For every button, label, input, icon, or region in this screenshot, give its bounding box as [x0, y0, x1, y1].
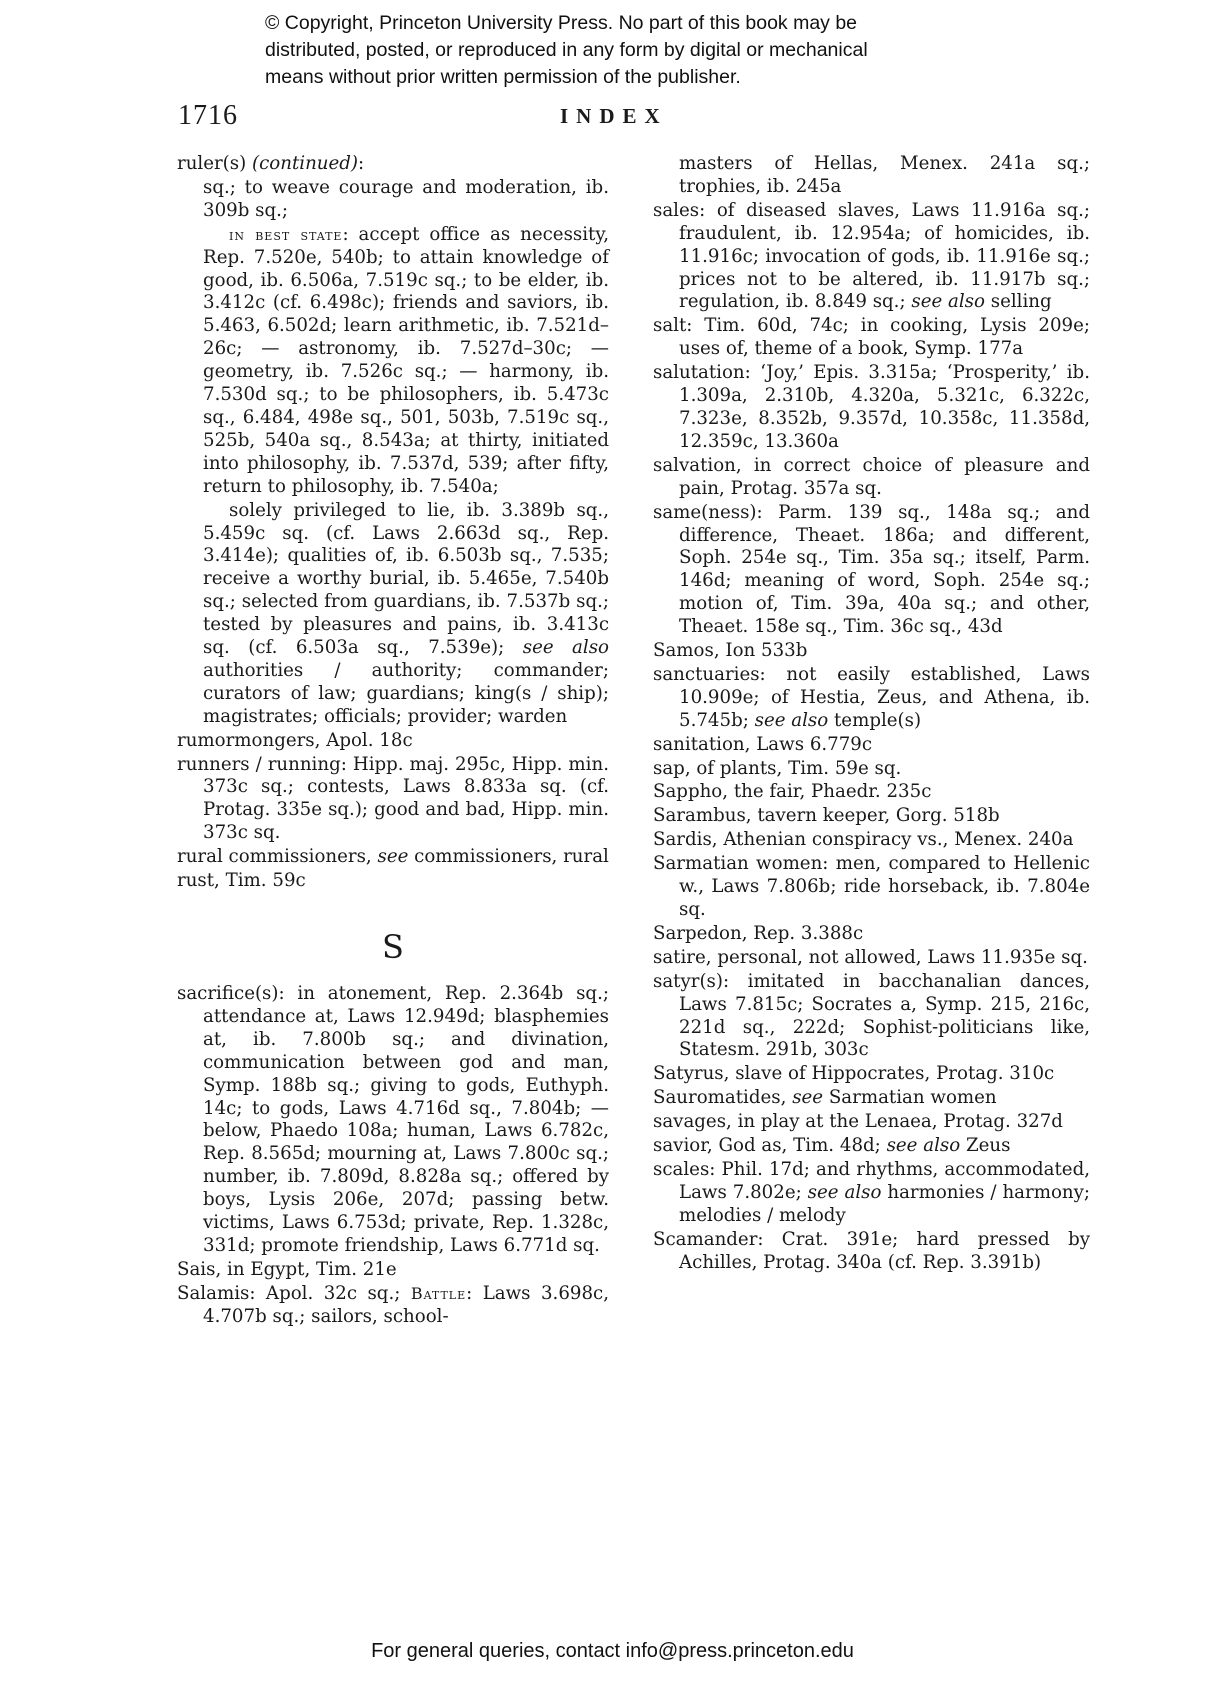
- see-label: see: [378, 846, 409, 867]
- index-entry: Sais, in Egypt, Tim. 21e: [177, 1259, 609, 1282]
- entry-text: Zeus: [960, 1135, 1010, 1156]
- index-entry: satire, personal, not allowed, Laws 11.9…: [653, 947, 1090, 970]
- index-subentry-solely: solely privileged to lie, ib. 3.389b sq.…: [177, 500, 609, 729]
- copyright-line: means without prior written permission o…: [265, 64, 985, 91]
- entry-text: savior, God as, Tim. 48d;: [653, 1135, 887, 1156]
- subentry-label: Battle: [411, 1284, 466, 1303]
- entry-text: rural commissioners,: [177, 846, 378, 867]
- entry-text: selling: [985, 291, 1052, 312]
- index-entry: satyr(s): imitated in bacchanalian dance…: [653, 971, 1090, 1063]
- index-entry: Sarmatian women: men, compared to Hellen…: [653, 853, 1090, 922]
- index-entry: Sappho, the fair, Phaedr. 235c: [653, 781, 1090, 804]
- entry-text: :: [358, 153, 364, 174]
- entry-text: temple(s): [828, 710, 921, 731]
- see-also-label: see also: [523, 637, 609, 658]
- index-entry: sacrifice(s): in atonement, Rep. 2.364b …: [177, 983, 609, 1258]
- footer-contact: For general queries, contact info@press.…: [0, 1640, 1225, 1663]
- entry-text: Salamis: Apol. 32c sq.;: [177, 1283, 411, 1304]
- index-entry-rural: rural commissioners, see commissioners, …: [177, 846, 609, 869]
- continued-label: (continued): [252, 153, 358, 174]
- see-also-label: see also: [887, 1135, 961, 1156]
- entry-text: solely privileged to lie, ib. 3.389b sq.…: [203, 500, 609, 658]
- index-entry: rumormongers, Apol. 18c: [177, 730, 609, 753]
- copyright-notice: © Copyright, Princeton University Press.…: [265, 10, 985, 91]
- index-entry-savior: savior, God as, Tim. 48d; see also Zeus: [653, 1135, 1090, 1158]
- entry-text: commissioners, rural: [408, 846, 609, 867]
- index-entry-sales: sales: of diseased slaves, Laws 11.916a …: [653, 200, 1090, 315]
- subentry-label: in best state: [229, 225, 342, 244]
- index-entry: savages, in play at the Lenaea, Protag. …: [653, 1111, 1090, 1134]
- index-entry: same(ness): Parm. 139 sq., 148a sq.; and…: [653, 502, 1090, 639]
- entry-text: sq.; to weave courage and moderation, ib…: [203, 177, 609, 221]
- entry-text: authorities / authority; commander; cura…: [203, 660, 609, 727]
- see-label: see: [792, 1087, 823, 1108]
- index-entry-scales: scales: Phil. 17d; and rhythms, accommod…: [653, 1159, 1090, 1228]
- index-entry: Scamander: Crat. 391e; hard pressed by A…: [653, 1229, 1090, 1275]
- index-entry: Sardis, Athenian conspiracy vs., Menex. …: [653, 829, 1090, 852]
- entry-text: : accept office as necessity, Rep. 7.520…: [203, 224, 609, 497]
- index-entry: salutation: ‘Joy,’ Epis. 3.315a; ‘Prospe…: [653, 362, 1090, 454]
- index-entry-salamis: Salamis: Apol. 32c sq.; Battle: Laws 3.6…: [177, 1283, 609, 1329]
- index-entry: Satyrus, slave of Hippocrates, Protag. 3…: [653, 1063, 1090, 1086]
- index-entry-salamis-cont: masters of Hellas, Menex. 241a sq.; trop…: [653, 153, 1090, 199]
- see-also-label: see also: [808, 1182, 882, 1203]
- index-entry: sap, of plants, Tim. 59e sq.: [653, 758, 1090, 781]
- index-entry-ruler: ruler(s) (continued):: [177, 153, 609, 176]
- see-also-label: see also: [911, 291, 985, 312]
- entry-text: Sarmatian women: [823, 1087, 997, 1108]
- index-entry: salvation, in correct choice of pleasure…: [653, 455, 1090, 501]
- index-entry: salt: Tim. 60d, 74c; in cooking, Lysis 2…: [653, 315, 1090, 361]
- index-entry-sauromatides: Sauromatides, see Sarmatian women: [653, 1087, 1090, 1110]
- index-entry-sanctuaries: sanctuaries: not easily established, Law…: [653, 664, 1090, 733]
- index-subentry-best-state: in best state: accept office as necessit…: [177, 224, 609, 499]
- index-entry: rust, Tim. 59c: [177, 870, 609, 893]
- index-entry: runners / running: Hipp. maj. 295c, Hipp…: [177, 754, 609, 846]
- entry-text: Sauromatides,: [653, 1087, 792, 1108]
- index-entry: Sarambus, tavern keeper, Gorg. 518b: [653, 805, 1090, 828]
- copyright-line: © Copyright, Princeton University Press.…: [265, 10, 985, 37]
- section-letter-heading: S: [177, 929, 609, 965]
- copyright-line: distributed, posted, or reproduced in an…: [265, 37, 985, 64]
- see-also-label: see also: [755, 710, 829, 731]
- index-column-left: ruler(s) (continued): sq.; to weave cour…: [177, 153, 609, 1330]
- index-entry-ruler-cont: sq.; to weave courage and moderation, ib…: [177, 177, 609, 223]
- page-number: 1716: [178, 100, 238, 132]
- index-entry: Samos, Ion 533b: [653, 640, 1090, 663]
- entry-headword: ruler(s): [177, 153, 252, 174]
- index-column-right: masters of Hellas, Menex. 241a sq.; trop…: [653, 153, 1090, 1276]
- index-entry: Sarpedon, Rep. 3.388c: [653, 923, 1090, 946]
- index-entry: sanitation, Laws 6.779c: [653, 734, 1090, 757]
- running-head: INDEX: [560, 104, 668, 129]
